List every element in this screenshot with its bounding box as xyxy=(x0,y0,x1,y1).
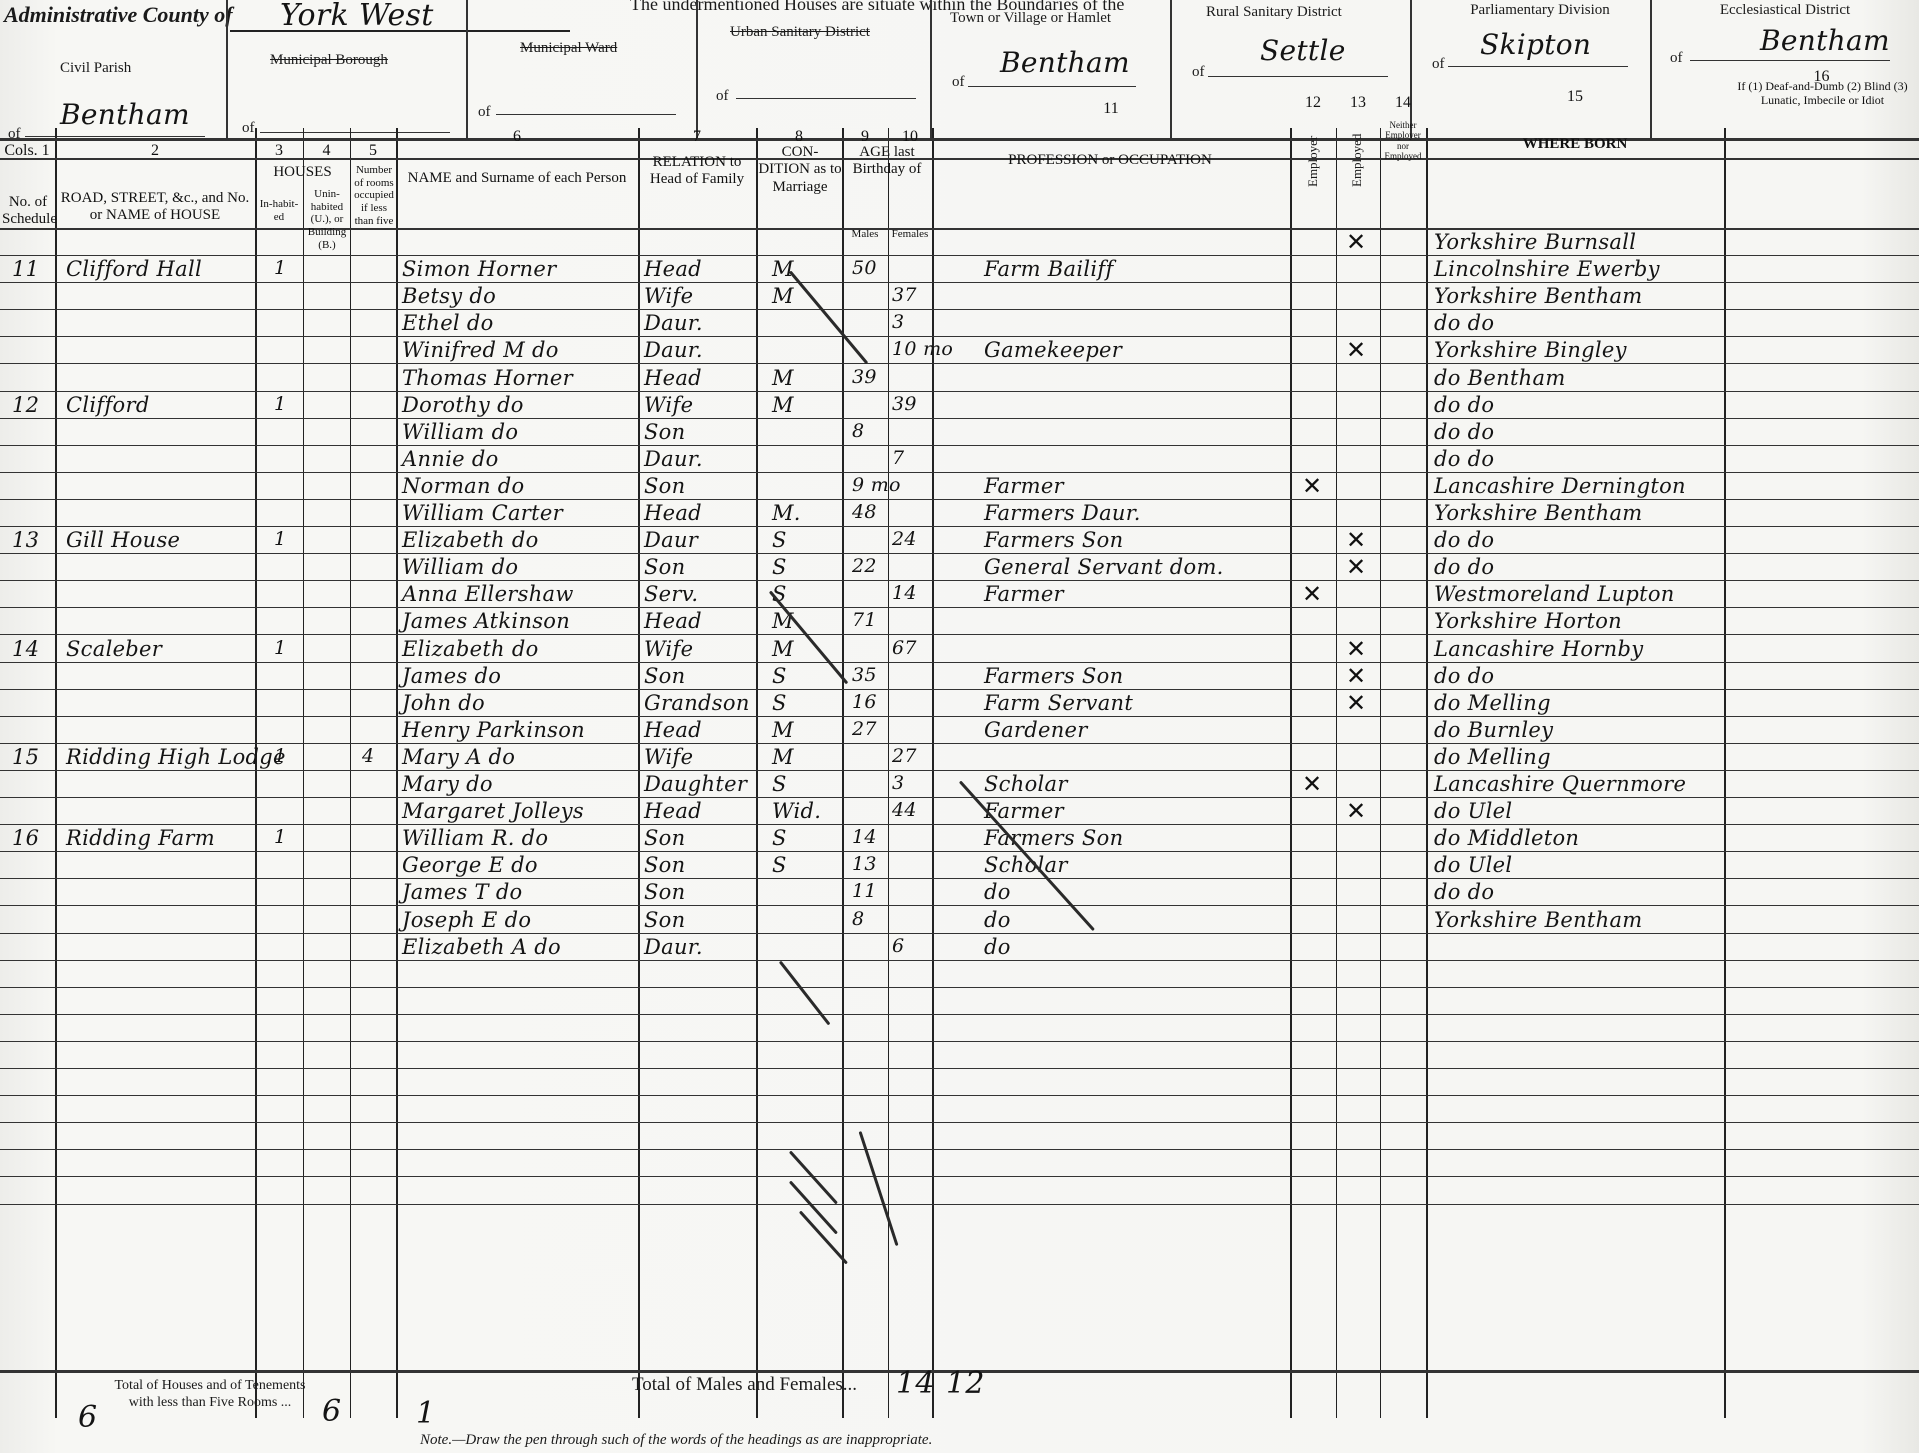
schedule-no: 15 xyxy=(12,745,39,769)
rural-sanitary-value: Settle xyxy=(1260,34,1346,67)
age-male: 27 xyxy=(852,718,877,740)
person-name: Elizabeth do xyxy=(402,637,539,661)
municipal-ward-of: of xyxy=(478,104,491,121)
occupation: Gamekeeper xyxy=(984,338,1122,362)
employer-mark: ✕ xyxy=(1302,472,1322,500)
table-row: 16Ridding Farm1William R. doSonS14Farmer… xyxy=(0,824,1919,851)
birthplace: do Ulel xyxy=(1434,799,1512,823)
rural-sanitary-label: Rural Sanitary District xyxy=(1206,4,1342,21)
col-number: 5 xyxy=(350,142,396,160)
relation: Son xyxy=(644,474,685,498)
person-name: Elizabeth do xyxy=(402,528,539,552)
rural-sanitary-underline xyxy=(1208,76,1388,77)
col-head-road: ROAD, STREET, &c., and No. or NAME of HO… xyxy=(60,190,250,225)
birthplace: Yorkshire Burnsall xyxy=(1434,230,1636,254)
urban-sanitary-of: of xyxy=(716,88,729,105)
marital-condition: M xyxy=(772,718,794,742)
birthplace: do Bentham xyxy=(1434,366,1566,390)
table-row: Norman doSon9 moFarmerLancashire Derning… xyxy=(0,472,1919,499)
person-name: Dorothy do xyxy=(402,393,524,417)
relation: Daur. xyxy=(644,338,703,362)
males-total: 14 xyxy=(896,1366,935,1401)
table-row xyxy=(0,1177,1919,1204)
inhabited-count: 1 xyxy=(274,637,286,659)
footer-note: Note.—Draw the pen through such of the w… xyxy=(420,1432,932,1449)
occupation: Farm Bailiff xyxy=(984,257,1114,281)
occupation: Farmer xyxy=(984,582,1064,606)
table-row: Annie doDaur.7do do xyxy=(0,445,1919,472)
birthplace: Yorkshire Horton xyxy=(1434,609,1622,633)
town-of: of xyxy=(952,74,965,91)
house-name: Ridding Farm xyxy=(66,826,215,850)
age-female: 39 xyxy=(892,393,917,415)
relation: Son xyxy=(644,826,685,850)
table-row: Elizabeth A doDaur.6do xyxy=(0,933,1919,960)
age-female: 6 xyxy=(892,935,904,957)
marital-condition: Wid. xyxy=(772,799,821,823)
employed-mark: ✕ xyxy=(1346,228,1366,256)
municipal-ward-underline xyxy=(496,114,676,115)
parl-division-value: Skipton xyxy=(1480,28,1591,61)
person-name: Mary A do xyxy=(402,745,515,769)
table-row: Henry ParkinsonHeadM27Gardenerdo Burnley xyxy=(0,716,1919,743)
table-row: 13Gill House1Elizabeth doDaurS24Farmers … xyxy=(0,526,1919,553)
col-head-occupation: PROFESSION or OCCUPATION xyxy=(940,152,1280,169)
house-name: Gill House xyxy=(66,528,180,552)
header-divider xyxy=(696,0,698,140)
header-divider xyxy=(226,0,228,140)
town-label: Town or Village or Hamlet xyxy=(950,10,1111,27)
age-female: 27 xyxy=(892,745,917,767)
row-rule xyxy=(0,1204,1919,1205)
birthplace: Yorkshire Bentham xyxy=(1434,501,1643,525)
employed-mark: ✕ xyxy=(1346,526,1366,554)
age-male: 39 xyxy=(852,366,877,388)
occupation: Farmers Daur. xyxy=(984,501,1141,525)
header-divider xyxy=(930,0,932,140)
civil-parish-value: Bentham xyxy=(60,98,190,131)
person-name: Winifred M do xyxy=(402,338,559,362)
table-row xyxy=(0,1014,1919,1041)
col-number: 11 xyxy=(932,100,1290,118)
employed-mark: ✕ xyxy=(1346,662,1366,690)
relation: Daur. xyxy=(644,935,703,959)
col-number: 14 xyxy=(1380,94,1426,112)
person-name: William R. do xyxy=(402,826,548,850)
birthplace: do do xyxy=(1434,664,1494,688)
birthplace: do Ulel xyxy=(1434,853,1512,877)
person-name: Elizabeth A do xyxy=(402,935,561,959)
schedule-total: 6 xyxy=(78,1400,97,1435)
table-row: Thomas HornerHeadM39do Bentham xyxy=(0,364,1919,391)
col-head-neither: Neither Employer nor Employed xyxy=(1381,120,1425,161)
relation: Daur. xyxy=(644,311,703,335)
census-page: Administrative County of York West The u… xyxy=(0,0,1919,1453)
person-name: William do xyxy=(402,555,518,579)
admin-county-label: Administrative County of xyxy=(4,2,233,28)
col-head-relation: RELATION to Head of Family xyxy=(640,154,754,189)
age-female: 14 xyxy=(892,582,917,604)
relation: Daughter xyxy=(644,772,747,796)
age-female: 10 mo xyxy=(892,338,953,360)
birthplace: do Melling xyxy=(1434,745,1551,769)
col-head-condition: CON-DITION as to Marriage xyxy=(758,144,842,196)
parl-division-label: Parliamentary Division xyxy=(1460,2,1620,19)
person-name: James Atkinson xyxy=(402,609,570,633)
person-name: Margaret Jolleys xyxy=(402,799,584,823)
age-male: 9 mo xyxy=(852,474,901,496)
age-male: 8 xyxy=(852,908,864,930)
col-head-schedule: No. of Schedule xyxy=(2,194,54,229)
occupation: Gardener xyxy=(984,718,1088,742)
col-head-inhabited: In-habit-ed xyxy=(257,198,301,223)
marital-condition: M xyxy=(772,366,794,390)
person-name: Thomas Horner xyxy=(402,366,573,390)
occupation: Farmers Son xyxy=(984,528,1123,552)
males-females-total-label: Total of Males and Females... xyxy=(632,1374,857,1396)
table-row: James doSonS35Farmers Sondo do✕ xyxy=(0,662,1919,689)
civil-parish-label: Civil Parish xyxy=(60,60,131,77)
table-row xyxy=(0,1068,1919,1095)
marital-condition: M. xyxy=(772,501,801,525)
relation: Wife xyxy=(644,637,693,661)
admin-county-value: York West xyxy=(280,0,434,33)
relation: Head xyxy=(644,609,702,633)
inhabited-count: 1 xyxy=(274,393,286,415)
relation: Son xyxy=(644,880,685,904)
birthplace: do do xyxy=(1434,393,1494,417)
person-name: Annie do xyxy=(402,447,499,471)
table-row: 14Scaleber1Elizabeth doWifeM67Lancashire… xyxy=(0,635,1919,662)
table-row: 12Clifford1Dorothy doWifeM39do do xyxy=(0,391,1919,418)
col-number: Cols. 1 xyxy=(2,142,52,160)
birthplace: Lincolnshire Ewerby xyxy=(1434,257,1660,281)
rooms-count: 4 xyxy=(362,745,374,767)
person-name: John do xyxy=(402,691,485,715)
person-name: Norman do xyxy=(402,474,524,498)
col-head-employed: Employed xyxy=(1349,117,1365,187)
table-row: Anna EllershawServ.S14FarmerWestmoreland… xyxy=(0,580,1919,607)
marital-condition: S xyxy=(772,826,787,850)
house-name: Ridding High Lodge xyxy=(66,745,286,769)
town-underline xyxy=(968,86,1136,87)
relation: Grandson xyxy=(644,691,750,715)
table-row: William CarterHeadM.48Farmers Daur.Yorks… xyxy=(0,499,1919,526)
marital-condition: S xyxy=(772,772,787,796)
birthplace: Lancashire Hornby xyxy=(1434,637,1643,661)
table-row: John doGrandsonS16Farm Servantdo Melling… xyxy=(0,689,1919,716)
age-male: 8 xyxy=(852,420,864,442)
col-number: 7 xyxy=(638,128,756,146)
schedule-no: 16 xyxy=(12,826,39,850)
age-male: 71 xyxy=(852,609,877,631)
person-name: Anna Ellershaw xyxy=(402,582,574,606)
table-row: William doSonS22General Servant dom.do d… xyxy=(0,553,1919,580)
col-number: 4 xyxy=(303,142,350,160)
birthplace: Yorkshire Bentham xyxy=(1434,284,1643,308)
table-row xyxy=(0,987,1919,1014)
totals-footer: 6 Total of Houses and of Tenements with … xyxy=(0,1370,1919,1453)
person-name: Henry Parkinson xyxy=(402,718,585,742)
house-name: Clifford Hall xyxy=(66,257,202,281)
table-row: Yorkshire Burnsall✕ xyxy=(0,228,1919,255)
person-name: George E do xyxy=(402,853,538,877)
relation: Son xyxy=(644,420,685,444)
houses-total: 6 xyxy=(322,1394,341,1429)
birthplace: do Melling xyxy=(1434,691,1551,715)
table-row: Winifred M doDaur.10 moGamekeeperYorkshi… xyxy=(0,336,1919,363)
person-name: Mary do xyxy=(402,772,493,796)
table-row xyxy=(0,960,1919,987)
age-male: 14 xyxy=(852,826,877,848)
table-row: James AtkinsonHeadM71Yorkshire Horton xyxy=(0,607,1919,634)
age-female: 44 xyxy=(892,799,917,821)
birthplace: do do xyxy=(1434,311,1494,335)
birthplace: do do xyxy=(1434,420,1494,444)
employed-mark: ✕ xyxy=(1346,336,1366,364)
table-row: James T doSon11dodo do xyxy=(0,878,1919,905)
age-male: 50 xyxy=(852,257,877,279)
col-number: 6 xyxy=(396,128,638,146)
relation: Son xyxy=(644,853,685,877)
marital-condition: M xyxy=(772,745,794,769)
relation: Head xyxy=(644,366,702,390)
col-number: 12 xyxy=(1290,94,1336,112)
marital-condition: M xyxy=(772,637,794,661)
parl-division-underline xyxy=(1448,66,1628,67)
eccl-district-value: Bentham xyxy=(1760,24,1890,57)
col-number: 3 xyxy=(255,142,303,160)
marital-condition: S xyxy=(772,555,787,579)
table-row: 15Ridding High Lodge14Mary A doWifeM27do… xyxy=(0,743,1919,770)
birthplace: Westmoreland Lupton xyxy=(1434,582,1675,606)
table-row xyxy=(0,1095,1919,1122)
occupation: Scholar xyxy=(984,772,1068,796)
birthplace: Lancashire Quernmore xyxy=(1434,772,1686,796)
person-name: Ethel do xyxy=(402,311,494,335)
occupation: do xyxy=(984,880,1011,904)
birthplace: do Burnley xyxy=(1434,718,1553,742)
table-row: 11Clifford Hall1Simon HornerHeadM50Farm … xyxy=(0,255,1919,282)
col-head-houses: HOUSES xyxy=(255,164,350,181)
age-female: 3 xyxy=(892,772,904,794)
rooms-total: 1 xyxy=(416,1396,435,1431)
birthplace: do do xyxy=(1434,447,1494,471)
parl-division-of: of xyxy=(1432,56,1445,73)
employed-mark: ✕ xyxy=(1346,635,1366,663)
col-head-employer: Employer xyxy=(1305,117,1321,187)
relation: Son xyxy=(644,555,685,579)
table-row: Betsy doWifeM37Yorkshire Bentham xyxy=(0,282,1919,309)
col-head-born: WHERE BORN xyxy=(1430,136,1720,153)
relation: Serv. xyxy=(644,582,698,606)
col-head-name: NAME and Surname of each Person xyxy=(400,170,634,187)
house-name: Clifford xyxy=(66,393,150,417)
schedule-no: 13 xyxy=(12,528,39,552)
person-name: Joseph E do xyxy=(402,908,531,932)
header-divider xyxy=(466,0,468,140)
col-number: 15 xyxy=(1426,88,1724,106)
person-name: James T do xyxy=(402,880,523,904)
age-female: 37 xyxy=(892,284,917,306)
col-head-infirmity: If (1) Deaf-and-Dumb (2) Blind (3) Lunat… xyxy=(1730,80,1915,108)
birthplace: do Middleton xyxy=(1434,826,1579,850)
age-female: 7 xyxy=(892,447,904,469)
col-number: 2 xyxy=(55,142,255,160)
employer-mark: ✕ xyxy=(1302,580,1322,608)
schedule-no: 12 xyxy=(12,393,39,417)
col-number: 13 xyxy=(1336,94,1380,112)
occupation: General Servant dom. xyxy=(984,555,1224,579)
age-male: 22 xyxy=(852,555,877,577)
town-value: Bentham xyxy=(1000,46,1130,79)
census-table: Cols. 1 2 3 4 5 6 7 8 9 10 11 12 13 14 1… xyxy=(0,128,1919,1418)
urban-sanitary-label: Urban Sanitary District xyxy=(730,24,870,41)
col-head-age: AGE last Birthday of xyxy=(842,144,932,179)
inhabited-count: 1 xyxy=(274,257,286,279)
marital-condition: M xyxy=(772,257,794,281)
employed-mark: ✕ xyxy=(1346,553,1366,581)
employed-mark: ✕ xyxy=(1346,689,1366,717)
person-name: Simon Horner xyxy=(402,257,556,281)
birthplace: do do xyxy=(1434,528,1494,552)
age-female: 3 xyxy=(892,311,904,333)
employed-mark: ✕ xyxy=(1346,797,1366,825)
eccl-district-of: of xyxy=(1670,50,1683,67)
marital-condition: M xyxy=(772,284,794,308)
inhabited-count: 1 xyxy=(274,528,286,550)
relation: Wife xyxy=(644,284,693,308)
marital-condition: S xyxy=(772,853,787,877)
relation: Son xyxy=(644,908,685,932)
relation: Head xyxy=(644,799,702,823)
header-divider xyxy=(1650,0,1652,140)
marital-condition: S xyxy=(772,664,787,688)
house-name: Scaleber xyxy=(66,637,162,661)
table-row: Margaret JolleysHeadWid.44Farmerdo Ulel✕ xyxy=(0,797,1919,824)
table-row: Ethel doDaur.3do do xyxy=(0,309,1919,336)
occupation: do xyxy=(984,908,1011,932)
relation: Daur. xyxy=(644,447,703,471)
person-name: James do xyxy=(402,664,501,688)
marital-condition: M xyxy=(772,393,794,417)
municipal-borough-label: Municipal Borough xyxy=(270,52,388,69)
eccl-district-underline xyxy=(1690,60,1890,61)
table-row: George E doSonS13Scholardo Ulel xyxy=(0,851,1919,878)
table-row xyxy=(0,1149,1919,1176)
schedule-no: 11 xyxy=(12,257,39,281)
municipal-ward-label: Municipal Ward xyxy=(520,40,617,57)
person-name: William Carter xyxy=(402,501,563,525)
inhabited-count: 1 xyxy=(274,826,286,848)
houses-total-label: Total of Houses and of Tenements with le… xyxy=(110,1378,310,1412)
col-head-rooms: Number of rooms occupied if less than fi… xyxy=(352,164,396,227)
birthplace: Yorkshire Bingley xyxy=(1434,338,1627,362)
occupation: Farm Servant xyxy=(984,691,1133,715)
header-divider xyxy=(1170,0,1172,140)
table-row xyxy=(0,1041,1919,1068)
marital-condition: S xyxy=(772,528,787,552)
table-row: Joseph E doSon8doYorkshire Bentham xyxy=(0,906,1919,933)
marital-condition: S xyxy=(772,691,787,715)
schedule-no: 14 xyxy=(12,637,39,661)
person-name: William do xyxy=(402,420,518,444)
age-male: 48 xyxy=(852,501,877,523)
occupation: do xyxy=(984,935,1011,959)
birthplace: Yorkshire Bentham xyxy=(1434,908,1643,932)
relation: Wife xyxy=(644,393,693,417)
age-male: 13 xyxy=(852,853,877,875)
relation: Son xyxy=(644,664,685,688)
eccl-district-label: Ecclesiastical District xyxy=(1700,2,1870,19)
occupation: Farmer xyxy=(984,474,1064,498)
age-male: 35 xyxy=(852,664,877,686)
table-row: William doSon8do do xyxy=(0,418,1919,445)
relation: Wife xyxy=(644,745,693,769)
relation: Head xyxy=(644,718,702,742)
urban-sanitary-underline xyxy=(736,98,916,99)
header-divider xyxy=(1410,0,1412,140)
age-male: 11 xyxy=(852,880,877,902)
birthplace: do do xyxy=(1434,880,1494,904)
occupation: Farmers Son xyxy=(984,664,1123,688)
rural-sanitary-of: of xyxy=(1192,64,1205,81)
birthplace: do do xyxy=(1434,555,1494,579)
age-female: 67 xyxy=(892,637,917,659)
relation: Daur xyxy=(644,528,698,552)
age-female: 24 xyxy=(892,528,917,550)
employer-mark: ✕ xyxy=(1302,770,1322,798)
inhabited-count: 1 xyxy=(274,745,286,767)
birthplace: Lancashire Dernington xyxy=(1434,474,1686,498)
table-row xyxy=(0,1122,1919,1149)
person-name: Betsy do xyxy=(402,284,496,308)
females-total: 12 xyxy=(946,1366,985,1401)
relation: Head xyxy=(644,501,702,525)
age-male: 16 xyxy=(852,691,877,713)
relation: Head xyxy=(644,257,702,281)
